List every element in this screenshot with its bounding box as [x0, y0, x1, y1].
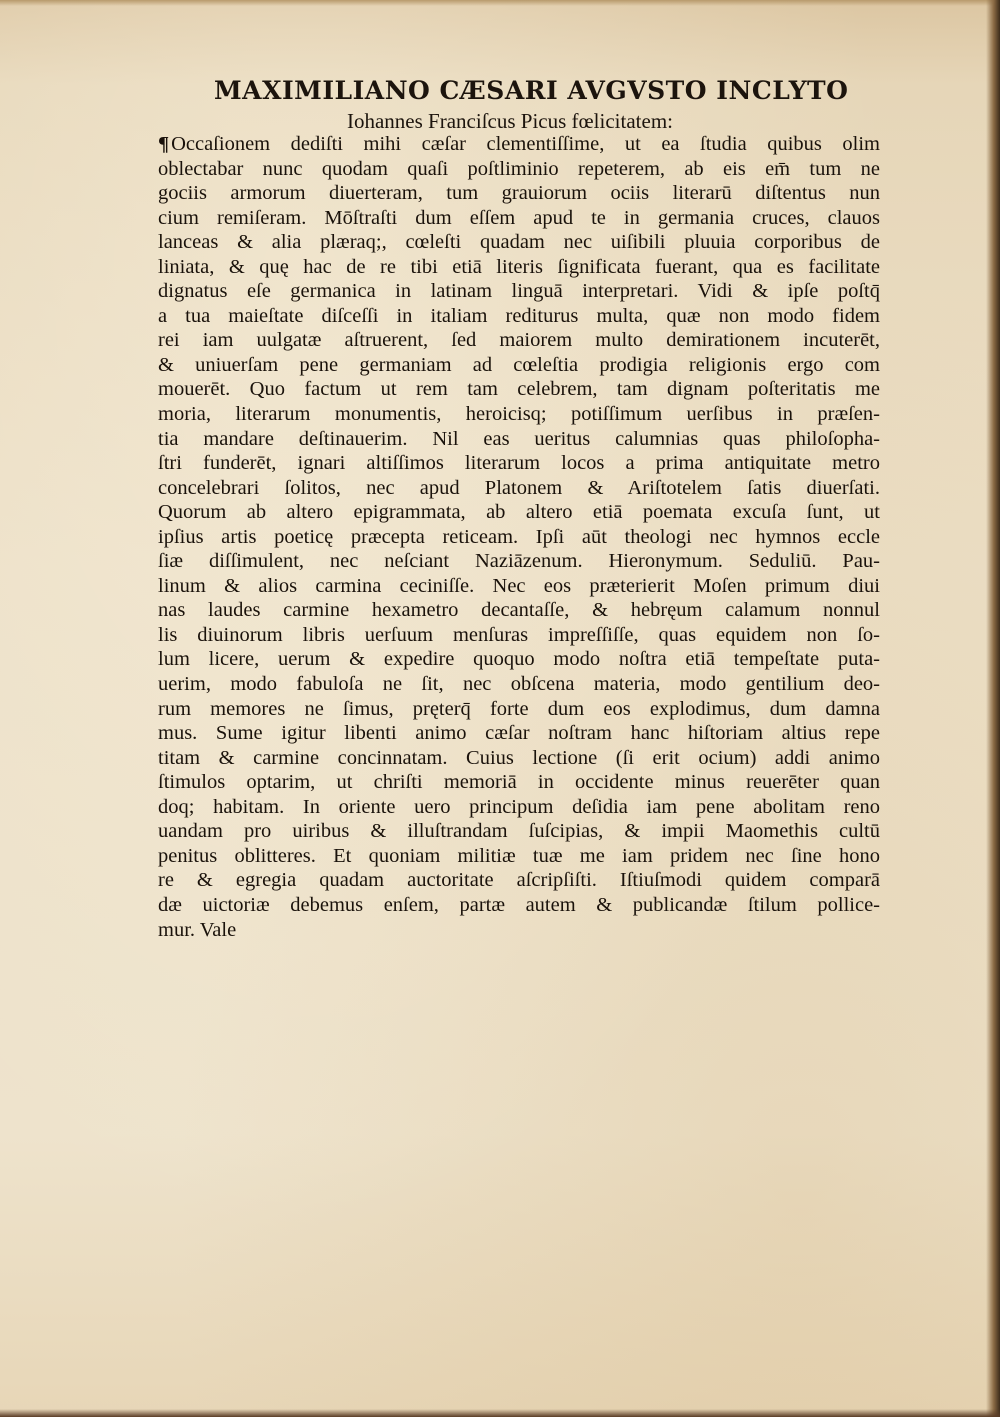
text-line-content: ſiæ diſſimulent, nec neſciant Naziāzenum… — [158, 550, 880, 572]
text-line-content: mus. Sume igitur libenti animo cæſar noſ… — [158, 722, 880, 744]
text-line: mouerēt. Quo factum ut rem tam celebrem,… — [158, 377, 880, 402]
text-line: re & egregia quadam auctoritate aſcripſi… — [158, 868, 880, 893]
text-line: moria, literarum monumentis, heroicisq; … — [158, 402, 880, 427]
text-line-content: oblectabar nunc quodam quaſi poſtliminio… — [158, 158, 880, 180]
text-line: gociis armorum diuerteram, tum grauiorum… — [158, 181, 880, 206]
text-line-content: uandam pro uiribus & illuſtrandam ſuſcip… — [158, 820, 880, 842]
text-line: rei iam uulgatæ aſtruerent, ſed maiorem … — [158, 328, 880, 353]
text-line: lum licere, uerum & expedire quoquo modo… — [158, 647, 880, 672]
text-line-content: mur. Vale — [158, 919, 236, 941]
text-line: oblectabar nunc quodam quaſi poſtliminio… — [158, 157, 880, 182]
text-line-content: cium remiſeram. Mōſtraſti dum eſſem apud… — [158, 207, 880, 229]
text-line: lanceas & alia plæraq;, cœleſti quadam n… — [158, 230, 880, 255]
text-line-content: ſtri funderēt, ignari altiſſimos literar… — [158, 452, 880, 474]
text-line: cium remiſeram. Mōſtraſti dum eſſem apud… — [158, 206, 880, 231]
text-line: liniata, & quę hac de re tibi etiā liter… — [158, 255, 880, 280]
text-line-content: lum licere, uerum & expedire quoquo modo… — [158, 648, 880, 670]
text-line-content: rei iam uulgatæ aſtruerent, ſed maiorem … — [158, 329, 880, 351]
text-line-content: doq; habitam. In oriente uero principum … — [158, 796, 880, 818]
text-line-content: ſtimulos optarim, ut chriſti memoriā in … — [158, 771, 880, 793]
text-line: mur. Vale — [158, 918, 880, 943]
text-line: a tua maieſtate diſceſſi in italiam redi… — [158, 304, 880, 329]
text-line-content: Occaſionem dediſti mihi cæſar clementiſſ… — [171, 133, 880, 155]
text-line-content: linum & alios carmina ceciniſſe. Nec eos… — [158, 575, 880, 597]
text-line: dignatus eſe germanica in latinam linguā… — [158, 279, 880, 304]
text-line-content: lis diuinorum libris uerſuum menſuras im… — [158, 624, 880, 646]
text-line-content: lanceas & alia plæraq;, cœleſti quadam n… — [158, 231, 880, 253]
text-line-content: tia mandare deſtinauerim. Nil eas ueritu… — [158, 428, 880, 450]
letter-body: ¶Occaſionem dediſti mihi cæſar clementiſ… — [158, 132, 880, 942]
text-line-content: & uniuerſam pene germaniam ad cœleſtia p… — [158, 354, 880, 376]
text-line-content: ipſius artis poeticę præcepta reticeam. … — [158, 526, 880, 548]
scanned-page: MAXIMILIANO CÆSARI AVGVSTO INCLYTO Iohan… — [0, 0, 1000, 1417]
text-line-content: re & egregia quadam auctoritate aſcripſi… — [158, 869, 880, 891]
text-line: lis diuinorum libris uerſuum menſuras im… — [158, 623, 880, 648]
page-edge-top — [0, 0, 1000, 6]
text-line: doq; habitam. In oriente uero principum … — [158, 795, 880, 820]
text-line: ſtimulos optarim, ut chriſti memoriā in … — [158, 770, 880, 795]
text-line: concelebrari ſolitos, nec apud Platonem … — [158, 476, 880, 501]
text-line-content: Quorum ab altero epigrammata, ab altero … — [158, 501, 880, 523]
text-line-content: dignatus eſe germanica in latinam linguā… — [158, 280, 880, 302]
dedication-title: MAXIMILIANO CÆSARI AVGVSTO INCLYTO — [214, 76, 834, 105]
text-line: tia mandare deſtinauerim. Nil eas ueritu… — [158, 427, 880, 452]
text-line: uandam pro uiribus & illuſtrandam ſuſcip… — [158, 819, 880, 844]
text-line: ſtri funderēt, ignari altiſſimos literar… — [158, 451, 880, 476]
text-line: ſiæ diſſimulent, nec neſciant Naziāzenum… — [158, 549, 880, 574]
page-edge-bottom — [0, 1409, 1000, 1417]
text-line-content: moria, literarum monumentis, heroicisq; … — [158, 403, 880, 425]
text-line-content: rum memores ne ſimus, pręterq̄ forte dum… — [158, 698, 880, 720]
text-line: & uniuerſam pene germaniam ad cœleſtia p… — [158, 353, 880, 378]
text-line: ¶Occaſionem dediſti mihi cæſar clementiſ… — [158, 132, 880, 157]
text-line: ipſius artis poeticę præcepta reticeam. … — [158, 525, 880, 550]
text-line-content: titam & carmine concinnatam. Cuius lecti… — [158, 747, 880, 769]
text-line-content: a tua maieſtate diſceſſi in italiam redi… — [158, 305, 880, 327]
text-line: dæ uictoriæ debemus enſem, partæ autem &… — [158, 893, 880, 918]
text-line: Quorum ab altero epigrammata, ab altero … — [158, 500, 880, 525]
dedication-subtitle: Iohannes Franciſcus Picus fœlicitatem: — [250, 109, 770, 134]
text-line: uerim, modo fabuloſa ne ſit, nec obſcena… — [158, 672, 880, 697]
text-line: rum memores ne ſimus, pręterq̄ forte dum… — [158, 697, 880, 722]
text-line-content: gociis armorum diuerteram, tum grauiorum… — [158, 182, 880, 204]
page-edge-right — [986, 0, 1000, 1417]
text-line: linum & alios carmina ceciniſſe. Nec eos… — [158, 574, 880, 599]
text-line-content: penitus oblitteres. Et quoniam militiæ t… — [158, 845, 880, 867]
text-line-content: dæ uictoriæ debemus enſem, partæ autem &… — [158, 894, 880, 916]
text-line-content: uerim, modo fabuloſa ne ſit, nec obſcena… — [158, 673, 880, 695]
text-line: nas laudes carmine hexametro decantaſſe,… — [158, 598, 880, 623]
text-line-content: liniata, & quę hac de re tibi etiā liter… — [158, 256, 880, 278]
text-line: mus. Sume igitur libenti animo cæſar noſ… — [158, 721, 880, 746]
text-line-content: nas laudes carmine hexametro decantaſſe,… — [158, 599, 880, 621]
text-line: titam & carmine concinnatam. Cuius lecti… — [158, 746, 880, 771]
text-line-content: mouerēt. Quo factum ut rem tam celebrem,… — [158, 378, 880, 400]
pilcrow-mark: ¶ — [158, 133, 169, 155]
text-line-content: concelebrari ſolitos, nec apud Platonem … — [158, 477, 880, 499]
text-line: penitus oblitteres. Et quoniam militiæ t… — [158, 844, 880, 869]
